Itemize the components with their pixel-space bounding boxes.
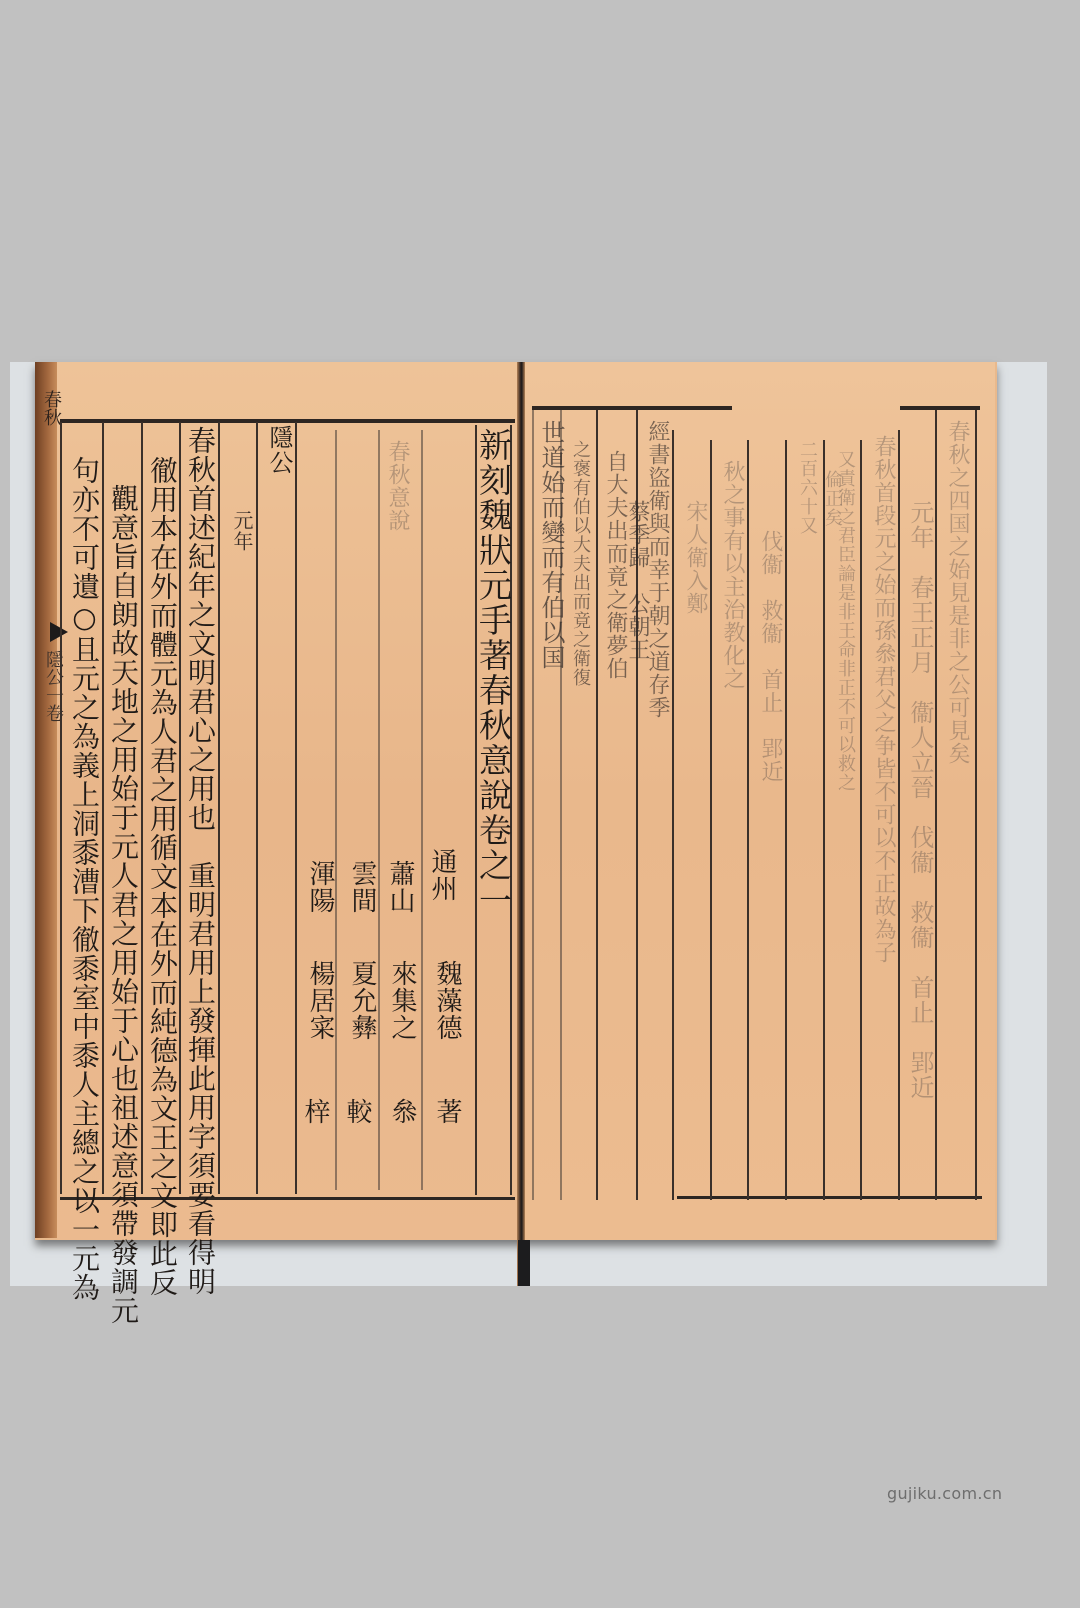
- column-rule: [975, 410, 977, 1200]
- credit-place-1: 通州: [425, 848, 459, 902]
- credit-place-4: 渾陽: [303, 860, 337, 914]
- bleed-through-text: 春秋意說: [380, 440, 414, 532]
- bleed-through-column-8: 秋之事有以主治教化之: [715, 460, 749, 690]
- commentary-column-3: 觀意旨自朗故天地之用始于元人君之用始于心也祖述意須帶發調元: [106, 484, 140, 1325]
- credit-place-2: 蕭山: [383, 860, 417, 914]
- bleed-through-column-1: 春秋之四国之始見是非之公可見矣: [940, 420, 974, 765]
- column-rule: [60, 422, 62, 1194]
- column-rule: [335, 430, 337, 1190]
- credit-name-1: 魏藻德: [430, 960, 464, 1041]
- book-gutter: [517, 362, 525, 1286]
- commentary-column-1: 春秋首述紀年之文明君心之用也 重明君用上發揮此用字須要看得明: [183, 426, 217, 1296]
- chapter-heading-yingong: 隱公: [262, 425, 296, 475]
- right-page-frame-top-right: [900, 406, 980, 410]
- column-rule: [421, 430, 423, 1190]
- credit-place-3: 雲間: [345, 860, 379, 914]
- bleed-through-column-9: 宋人衛入鄭: [678, 500, 712, 615]
- column-rule: [823, 440, 825, 1200]
- column-rule: [179, 422, 181, 1194]
- book-spine-left: [35, 362, 57, 1238]
- column-rule: [378, 430, 380, 1190]
- section-heading-yuannian: 元年: [225, 510, 259, 552]
- bleed-through-column-7: 伐衞 救衞 首止 郢近: [753, 530, 787, 783]
- credit-name-2: 來集之: [385, 960, 419, 1041]
- commentary-column-4: 句亦不可遺○且元之為義上洞黍漕下徹黍室中黍人主總之以一元為: [67, 456, 101, 1302]
- credit-role-1: 著: [430, 1098, 464, 1125]
- column-rule: [295, 422, 297, 1194]
- credit-role-4: 梓: [298, 1098, 332, 1125]
- credit-role-3: 較: [340, 1098, 374, 1125]
- bleed-through-column-2: 元年 春王正月 衞人立晉 伐衞 救衞 首止 郢近: [903, 500, 937, 1100]
- bleed-through-column-3: 春秋首段元之始而孫叅君父之争皆不可以不正故為子: [866, 435, 900, 964]
- column-rule: [102, 422, 104, 1194]
- book-title: 新刻魏狀元手著春秋意說卷之一: [476, 428, 510, 918]
- site-watermark: gujiku.com.cn: [887, 1484, 1002, 1503]
- credit-name-4: 楊居寀: [303, 960, 337, 1041]
- gutter-shadow: [518, 1240, 530, 1286]
- right-column-5: 經書盜衛與而幸于朝之道存季: [640, 420, 674, 719]
- column-rule: [218, 422, 220, 1194]
- right-column-2: 之褒有伯以大夫出而竟之衛復: [563, 440, 597, 687]
- bleed-through-column-6: 倫正矣: [815, 470, 849, 527]
- credit-role-2: 叅: [385, 1098, 419, 1125]
- column-rule: [141, 422, 143, 1194]
- commentary-column-2: 徹用本在外而體元為人君之用循文本在外而純德為文王之文即此反: [145, 456, 179, 1297]
- credit-name-3: 夏允彝: [345, 960, 379, 1041]
